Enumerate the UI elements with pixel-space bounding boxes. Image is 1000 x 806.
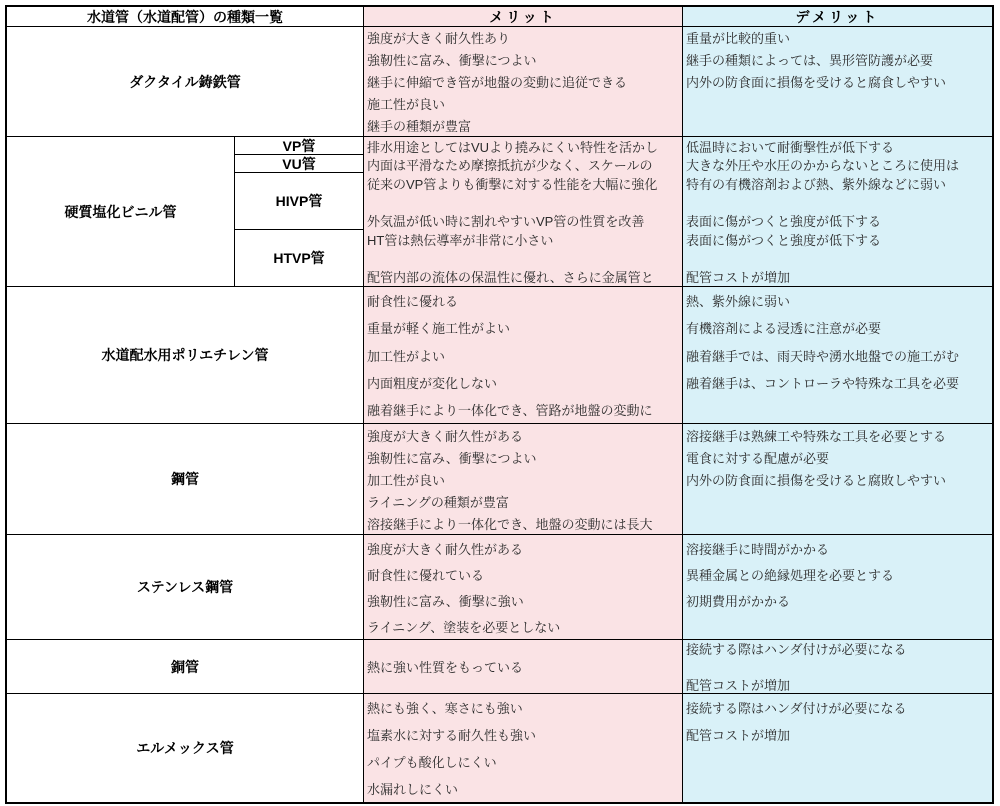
demerit-item: 溶接継手に時間がかかる (683, 535, 992, 561)
demerit-item: 配管コストが増加 (683, 721, 992, 748)
table-row-elmex: エルメックス管 熱にも強く、寒さにも強い 塩素水に対する耐久性も強い パイプも酸… (7, 694, 992, 802)
demerit-item: 融着継手では、雨天時や湧水地盤での施工がむ (683, 341, 992, 368)
demerit-item: 内外の防食面に損傷を受けると腐食しやすい (683, 71, 992, 93)
table-row-ductile-iron: ダクタイル鋳鉄管 強度が大きく耐久性あり 強靭性に富み、衝撃につよい 継手に伸縮… (7, 27, 992, 137)
table-row-pvc: 硬質塩化ビニル管 VP管 VU管 HIVP管 HTVP管 排水用途としてはVUよ… (7, 137, 992, 287)
demerit-cell: 溶接継手に時間がかかる 異種金属との絶縁処理を必要とする 初期費用がかかる (683, 535, 992, 639)
merit-item: 耐食性に優れている (364, 561, 682, 587)
demerit-cell: 低温時において耐衝撃性が低下する 大きな外圧や水圧のかからないところに使用は 特… (683, 137, 992, 286)
demerit-item: 内外の防食面に損傷を受けると腐敗しやすい (683, 468, 992, 490)
subtype-column: VP管 VU管 HIVP管 HTVP管 (235, 137, 364, 286)
demerit-item: 電食に対する配慮が必要 (683, 446, 992, 468)
merit-cell: 強度が大きく耐久性がある 強靭性に富み、衝撃につよい 加工性が良い ライニングの… (364, 424, 683, 534)
merit-item: 施工性が良い (364, 92, 682, 114)
demerit-item (683, 775, 992, 802)
merit-cell: 強度が大きく耐久性がある 耐食性に優れている 強靭性に富み、衝撃に強い ライニン… (364, 535, 683, 639)
subtype-label-vp: VP管 (235, 137, 363, 155)
merit-item: 配管内部の流体の保温性に優れ、さらに金属管と (364, 267, 682, 286)
demerit-column-header: デメリット (683, 7, 992, 26)
pipe-type-label: 水道配水用ポリエチレン管 (7, 287, 364, 423)
demerit-item: 初期費用がかかる (683, 587, 992, 613)
demerit-item (683, 613, 992, 639)
pipe-type-label: 硬質塩化ビニル管 (7, 137, 235, 286)
merit-column-header: メリット (364, 7, 683, 26)
demerit-item (683, 490, 992, 512)
merit-item: 強度が大きく耐久性がある (364, 535, 682, 561)
demerit-item: 大きな外圧や水圧のかからないところに使用は (683, 156, 992, 175)
merit-cell: 強度が大きく耐久性あり 強靭性に富み、衝撃につよい 継手に伸縮でき管が地盤の変動… (364, 27, 683, 136)
merit-item: ライニングの種類が豊富 (364, 490, 682, 512)
subtype-label-vu: VU管 (235, 155, 363, 173)
merit-item: パイプも酸化しにくい (364, 748, 682, 775)
demerit-item: 表面に傷がつくと強度が低下する (683, 212, 992, 231)
type-column-header: 水道管（水道配管）の種類一覧 (7, 7, 364, 26)
merit-item: 内面は平滑なため摩擦抵抗が少なく、スケールの (364, 156, 682, 175)
pipe-type-label: 銅管 (7, 640, 364, 693)
merit-item: 内面粗度が変化しない (364, 369, 682, 396)
merit-item: HT管は熱伝導率が非常に小さい (364, 230, 682, 249)
table-row-stainless: ステンレス鋼管 強度が大きく耐久性がある 耐食性に優れている 強靭性に富み、衝撃… (7, 535, 992, 640)
demerit-item (683, 114, 992, 136)
merit-item: 従来のVP管よりも衝撃に対する性能を大幅に強化 (364, 174, 682, 193)
pipe-types-table: 水道管（水道配管）の種類一覧 メリット デメリット ダクタイル鋳鉄管 強度が大き… (5, 5, 994, 804)
demerit-item (683, 249, 992, 268)
merit-cell: 熱にも強く、寒さにも強い 塩素水に対する耐久性も強い パイプも酸化しにくい 水漏… (364, 694, 683, 802)
table-row-steel: 鋼管 強度が大きく耐久性がある 強靭性に富み、衝撃につよい 加工性が良い ライニ… (7, 424, 992, 535)
table-header-row: 水道管（水道配管）の種類一覧 メリット デメリット (7, 7, 992, 27)
demerit-item: 熱、紫外線に弱い (683, 287, 992, 314)
merit-item: 強靭性に富み、衝撃につよい (364, 446, 682, 468)
merit-item: 継手の種類が豊富 (364, 114, 682, 136)
demerit-cell: 重量が比較的重い 継手の種類によっては、異形管防護が必要 内外の防食面に損傷を受… (683, 27, 992, 136)
demerit-item (683, 748, 992, 775)
demerit-item: 配管コストが増加 (683, 675, 992, 693)
merit-item: 外気温が低い時に割れやすいVP管の性質を改善 (364, 212, 682, 231)
demerit-item (683, 396, 992, 423)
demerit-item: 接続する際はハンダ付けが必要になる (683, 640, 992, 658)
demerit-item: 異種金属との絶縁処理を必要とする (683, 561, 992, 587)
demerit-item: 有機溶剤による浸透に注意が必要 (683, 314, 992, 341)
table-row-copper: 銅管 熱に強い性質をもっている 接続する際はハンダ付けが必要になる 配管コストが… (7, 640, 992, 694)
demerit-item: 表面に傷がつくと強度が低下する (683, 230, 992, 249)
merit-item: 排水用途としてはVUより撓みにくい特性を活かし (364, 137, 682, 156)
demerit-item: 低温時において耐衝撃性が低下する (683, 137, 992, 156)
merit-cell: 熱に強い性質をもっている (364, 640, 683, 693)
merit-cell: 排水用途としてはVUより撓みにくい特性を活かし 内面は平滑なため摩擦抵抗が少なく… (364, 137, 683, 286)
demerit-cell: 溶接継手は熟練工や特殊な工具を必要とする 電食に対する配慮が必要 内外の防食面に… (683, 424, 992, 534)
demerit-cell: 接続する際はハンダ付けが必要になる 配管コストが増加 (683, 640, 992, 693)
pipe-type-label: エルメックス管 (7, 694, 364, 802)
merit-item: 塩素水に対する耐久性も強い (364, 721, 682, 748)
merit-item: 加工性が良い (364, 468, 682, 490)
demerit-item (683, 193, 992, 212)
merit-item: 水漏れしにくい (364, 775, 682, 802)
merit-item: 継手に伸縮でき管が地盤の変動に追従できる (364, 71, 682, 93)
demerit-item: 特有の有機溶剤および熱、紫外線などに弱い (683, 174, 992, 193)
merit-item: 熱にも強く、寒さにも強い (364, 694, 682, 721)
table-row-polyethylene: 水道配水用ポリエチレン管 耐食性に優れる 重量が軽く施工性がよい 加工性がよい … (7, 287, 992, 424)
pipe-type-label: ダクタイル鋳鉄管 (7, 27, 364, 136)
subtype-label-hivp: HIVP管 (235, 173, 363, 230)
merit-item: 熱に強い性質をもっている (364, 658, 682, 676)
merit-cell: 耐食性に優れる 重量が軽く施工性がよい 加工性がよい 内面粗度が変化しない 融着… (364, 287, 683, 423)
demerit-item (683, 658, 992, 676)
pipe-type-label: ステンレス鋼管 (7, 535, 364, 639)
demerit-item: 接続する際はハンダ付けが必要になる (683, 694, 992, 721)
demerit-item: 融着継手は、コントローラや特殊な工具を必要 (683, 369, 992, 396)
merit-item: 強靭性に富み、衝撃につよい (364, 49, 682, 71)
merit-item: ライニング、塗装を必要としない (364, 613, 682, 639)
demerit-item (683, 92, 992, 114)
demerit-cell: 熱、紫外線に弱い 有機溶剤による浸透に注意が必要 融着継手では、雨天時や湧水地盤… (683, 287, 992, 423)
merit-item (364, 640, 682, 658)
demerit-item: 溶接継手は熟練工や特殊な工具を必要とする (683, 424, 992, 446)
merit-item: 加工性がよい (364, 341, 682, 368)
demerit-item: 継手の種類によっては、異形管防護が必要 (683, 49, 992, 71)
demerit-item (683, 512, 992, 534)
demerit-item: 配管コストが増加 (683, 267, 992, 286)
merit-item (364, 675, 682, 693)
demerit-cell: 接続する際はハンダ付けが必要になる 配管コストが増加 (683, 694, 992, 802)
merit-item: 耐食性に優れる (364, 287, 682, 314)
merit-item: 融着継手により一体化でき、管路が地盤の変動に (364, 396, 682, 423)
pipe-type-label: 鋼管 (7, 424, 364, 534)
subtype-label-htvp: HTVP管 (235, 230, 363, 286)
merit-item (364, 249, 682, 268)
demerit-item: 重量が比較的重い (683, 27, 992, 49)
merit-item: 溶接継手により一体化でき、地盤の変動には長大 (364, 512, 682, 534)
merit-item: 重量が軽く施工性がよい (364, 314, 682, 341)
merit-item: 強靭性に富み、衝撃に強い (364, 587, 682, 613)
merit-item: 強度が大きく耐久性あり (364, 27, 682, 49)
merit-item (364, 193, 682, 212)
merit-item: 強度が大きく耐久性がある (364, 424, 682, 446)
